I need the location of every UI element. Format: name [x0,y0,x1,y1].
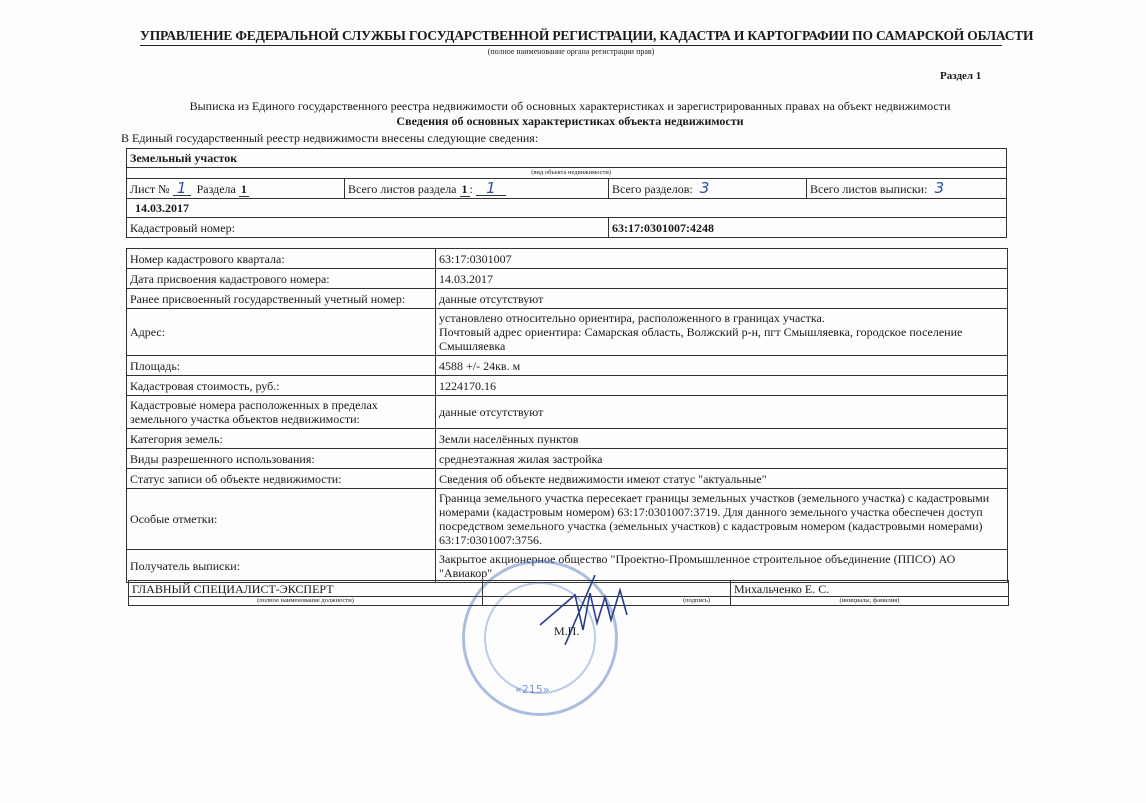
table-row: Номер кадастрового квартала:63:17:030100… [127,249,1008,269]
row-value: Сведения об объекте недвижимости имеют с… [436,469,1008,489]
table-row: Площадь:4588 +/- 24кв. м [127,356,1008,376]
name-caption: (инициалы, фамилия) [731,597,1009,606]
row-label: Номер кадастрового квартала: [127,249,436,269]
row-label: Особые отметки: [127,489,436,550]
object-type-caption: (вид объекта недвижимости) [127,168,1007,179]
total-sections-cell: Всего разделов: 3 [609,179,807,199]
handwritten-signature-icon [535,575,645,645]
row-value: Земли населённых пунктов [436,429,1008,449]
row-label: Площадь: [127,356,436,376]
table-row: Статус записи об объекте недвижимости:Св… [127,469,1008,489]
total-sheets-section-cell: Всего листов раздела 1: 1 [345,179,609,199]
row-label: Кадастровая стоимость, руб.: [127,376,436,396]
document-subtitle: Сведения об основных характеристиках объ… [120,114,1020,129]
table-row: Виды разрешенного использования:среднеэт… [127,449,1008,469]
position-caption: (полное наименование должности) [129,597,483,606]
document-title: Выписка из Единого государственного реес… [120,99,1020,114]
row-value: установлено относительно ориентира, расп… [436,309,1008,356]
total-sheets-extract-cell: Всего листов выписки: 3 [807,179,1007,199]
seal-number: «215» [515,683,549,696]
row-value: Граница земельного участка пересекает гр… [436,489,1008,550]
row-label: Виды разрешенного использования: [127,449,436,469]
organization-title: УПРАВЛЕНИЕ ФЕДЕРАЛЬНОЙ СЛУЖБЫ ГОСУДАРСТВ… [140,28,1002,46]
sheet-label: Лист № [130,182,170,196]
total-sections-label: Всего разделов: [612,182,693,196]
row-label: Получатель выписки: [127,550,436,583]
details-table: Номер кадастрового квартала:63:17:030100… [126,248,1008,583]
extract-date: 14.03.2017 [127,199,1007,218]
cadastral-number-label: Кадастровый номер: [127,218,609,238]
total-sheets-section-label: Всего листов раздела [348,182,457,196]
table-row: Кадастровые номера расположенных в преде… [127,396,1008,429]
object-type: Земельный участок [127,149,1007,168]
organization-caption: (полное наименование органа регистрации … [140,47,1002,56]
intro-text: В Единый государственный реестр недвижим… [121,131,538,146]
sheet-number-handwritten: 1 [173,182,191,196]
table-row: Дата присвоения кадастрового номера:14.0… [127,269,1008,289]
row-label: Адрес: [127,309,436,356]
total-sheets-section-handwritten: 1 [476,182,506,196]
table-row: Кадастровая стоимость, руб.:1224170.16 [127,376,1008,396]
row-label: Кадастровые номера расположенных в преде… [127,396,436,429]
total-sheets-section-num: 1 [460,182,470,197]
row-label: Статус записи об объекте недвижимости: [127,469,436,489]
object-header-table: Земельный участок (вид объекта недвижимо… [126,148,1007,238]
row-value: данные отсутствуют [436,396,1008,429]
table-row: Категория земель:Земли населённых пункто… [127,429,1008,449]
row-value: данные отсутствуют [436,289,1008,309]
cadastral-number-value: 63:17:0301007:4248 [609,218,1007,238]
table-row: Ранее присвоенный государственный учетны… [127,289,1008,309]
row-value: 4588 +/- 24кв. м [436,356,1008,376]
section-of-value: 1 [239,182,249,197]
table-row: Особые отметки:Граница земельного участк… [127,489,1008,550]
signer-name: Михальченко Е. С. [731,581,1009,597]
total-sheets-extract-label: Всего листов выписки: [810,182,927,196]
row-label: Категория земель: [127,429,436,449]
row-label: Ранее присвоенный государственный учетны… [127,289,436,309]
section-of-label: Раздела [197,182,236,196]
row-label: Дата присвоения кадастрового номера: [127,269,436,289]
row-value: 14.03.2017 [436,269,1008,289]
row-value: 1224170.16 [436,376,1008,396]
total-sheets-extract-handwritten: 3 [930,182,948,195]
seal-placement-label: М.П. [554,624,579,639]
row-value: 63:17:0301007 [436,249,1008,269]
row-value: среднеэтажная жилая застройка [436,449,1008,469]
sheet-number-cell: Лист № 1 Раздела 1 [127,179,345,199]
table-row: Адрес:установлено относительно ориентира… [127,309,1008,356]
section-label: Раздел 1 [940,70,981,82]
position-title: ГЛАВНЫЙ СПЕЦИАЛИСТ-ЭКСПЕРТ [129,581,483,597]
total-sections-handwritten: 3 [696,182,714,195]
